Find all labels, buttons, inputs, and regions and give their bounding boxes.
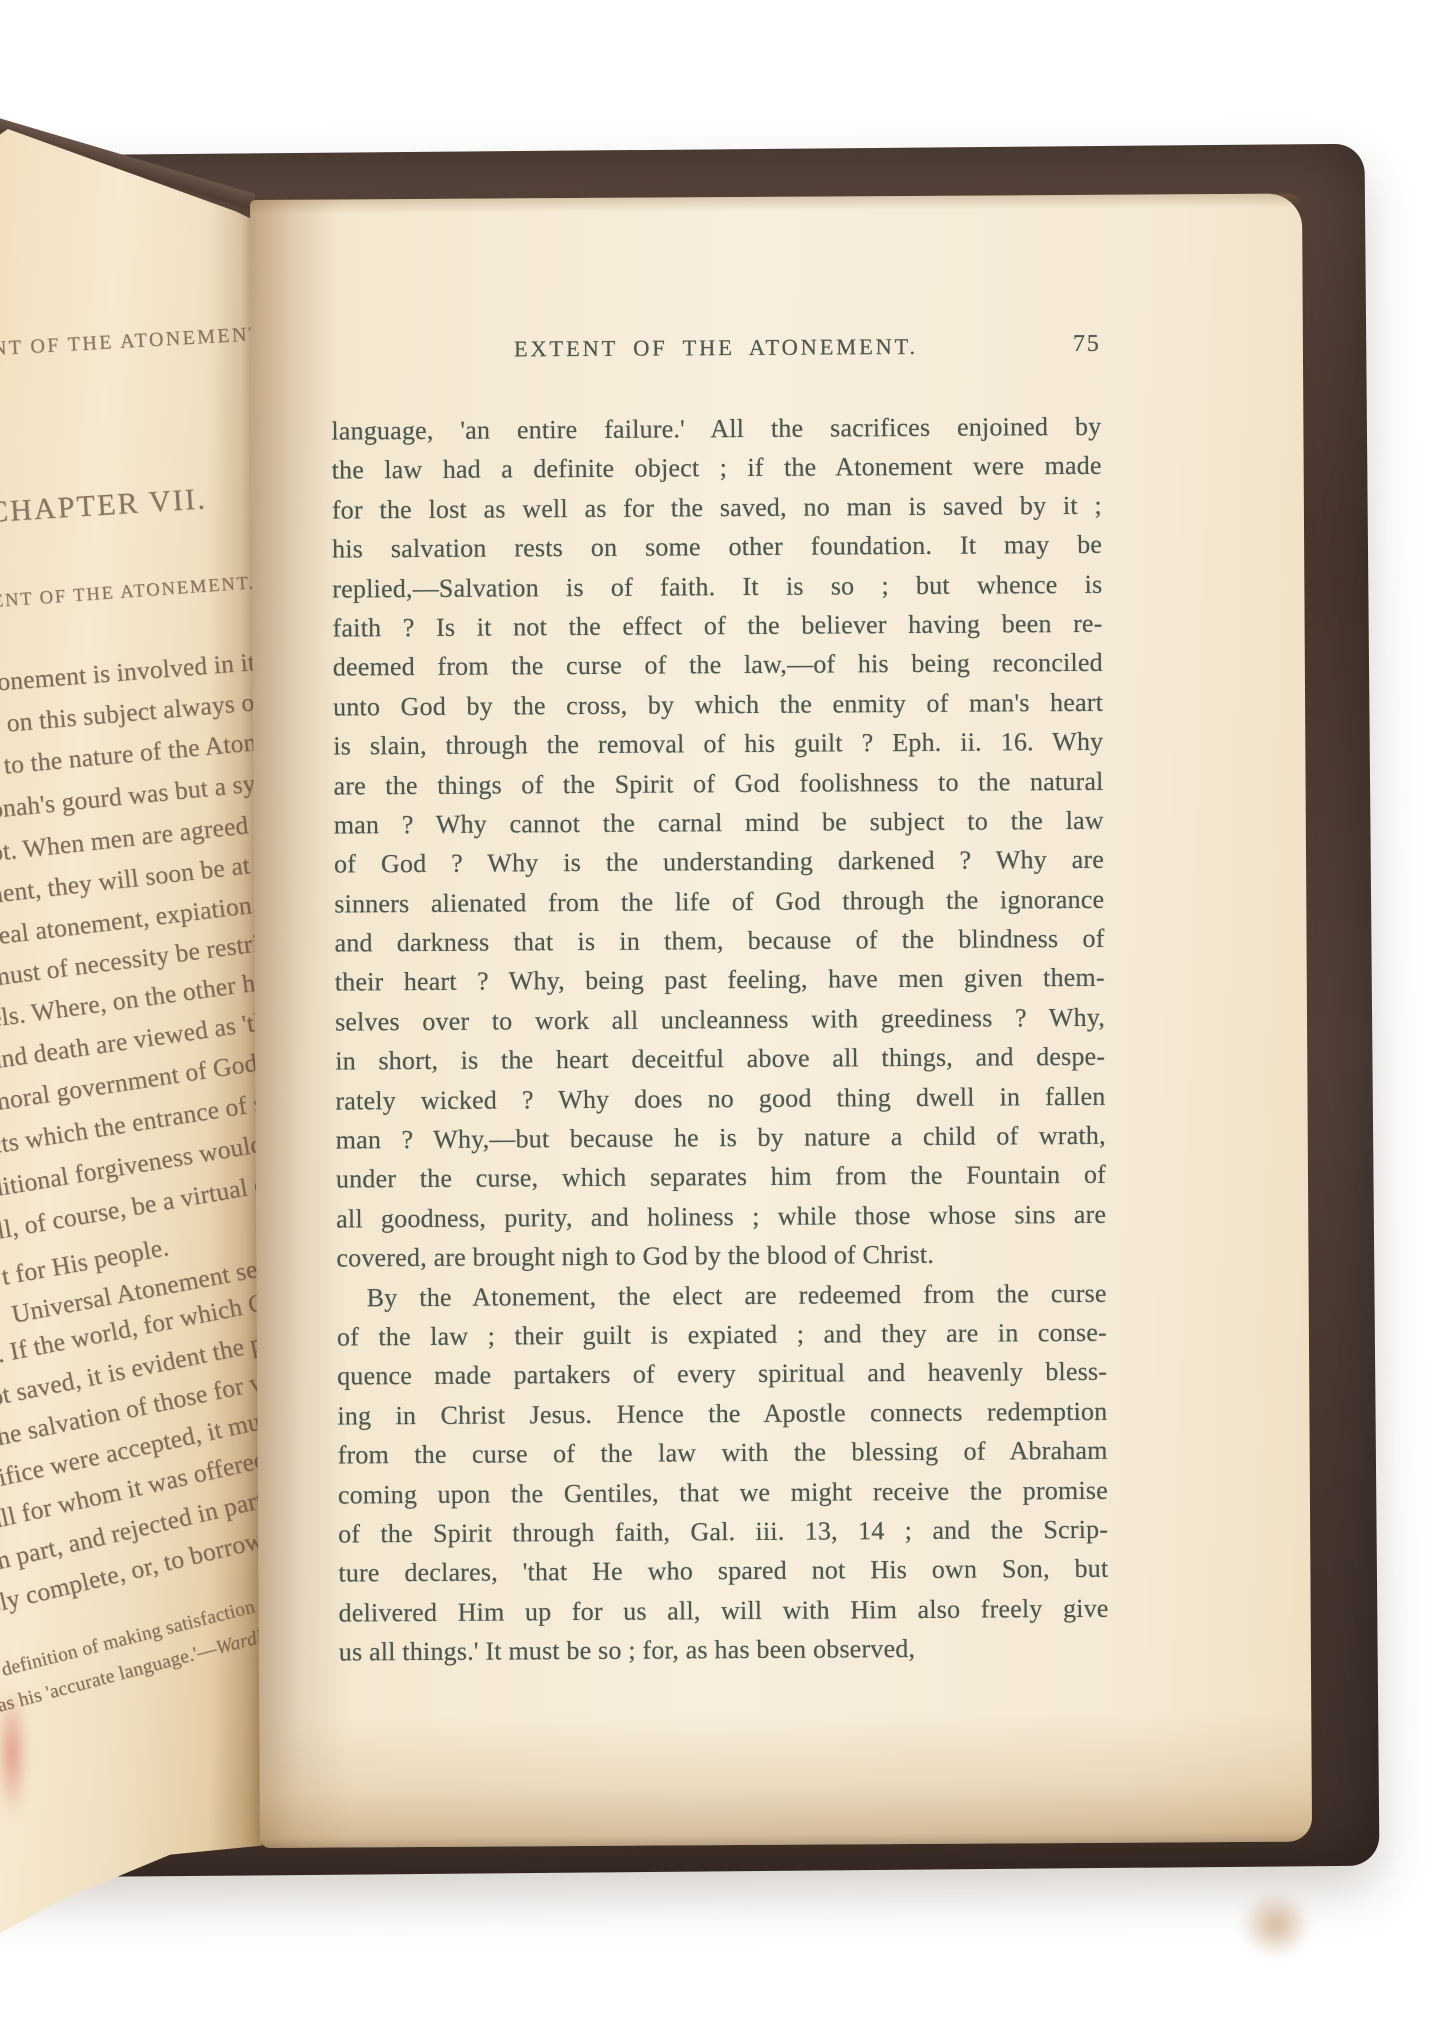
body-text-line: man ? Why,—but because he is by nature a… [336, 1116, 1106, 1160]
body-text-line: the law had a definite object ; if the A… [332, 446, 1102, 490]
body-text-line: for the lost as well as for the saved, n… [332, 486, 1102, 530]
body-text-line: of God ? Why is the understanding darken… [334, 840, 1104, 884]
running-head: EXTENT OF THE ATONEMENT. [331, 333, 1101, 364]
body-text-line: is slain, through the removal of his gui… [333, 722, 1103, 766]
body-text-line: and darkness that is in them, because of… [334, 919, 1104, 963]
page-bottom-edge [259, 1712, 1312, 1848]
body-text-line: under the curse, which separates him fro… [336, 1155, 1106, 1199]
body-text-line: By the Atonement, the elect are redeemed… [337, 1273, 1107, 1317]
body-text-line: rately wicked ? Why does no good thing d… [335, 1076, 1105, 1120]
body-text-line: are the things of the Spirit of God fool… [333, 761, 1103, 805]
cover-wear-patch [1228, 1879, 1324, 1970]
body-text-line: us all things.' It must be so ; for, as … [339, 1628, 1109, 1672]
body-text-line: replied,—Salvation is of faith. It is so… [332, 564, 1102, 608]
body-text-line: of the law ; their guilt is expiated ; a… [337, 1313, 1107, 1357]
body-text-line: ing in Christ Jesus. Hence the Apostle c… [337, 1392, 1107, 1436]
left-page: NT OF THE ATONEMENT.CHAPTER VII.ENT OF T… [0, 118, 262, 1948]
body-text-block: language, 'an entire failure.' All the s… [331, 407, 1109, 1672]
chapter-heading: CHAPTER VII. [0, 482, 208, 530]
body-text-line: covered, are brought nigh to God by the … [336, 1234, 1106, 1278]
body-text-line: language, 'an entire failure.' All the s… [331, 407, 1101, 451]
page-header-row: EXTENT OF THE ATONEMENT. 75 [331, 333, 1101, 364]
body-text-line: faith ? Is it not the effect of the beli… [332, 604, 1102, 648]
body-text-line: delivered Him up for us all, will with H… [339, 1589, 1109, 1633]
body-text-line: ture declares, 'that He who spared not H… [338, 1549, 1108, 1593]
page-number: 75 [1073, 331, 1101, 358]
body-text-line: man ? Why cannot the carnal mind be subj… [334, 801, 1104, 845]
body-text-line: of the Spirit through faith, Gal. iii. 1… [338, 1510, 1108, 1554]
body-text-line: quence made partakers of every spiritual… [337, 1352, 1107, 1396]
body-text-line: sinners alienated from the life of God t… [334, 879, 1104, 923]
body-text-line: all goodness, purity, and holiness ; whi… [336, 1195, 1106, 1239]
body-text-line: in short, is the heart deceitful above a… [335, 1037, 1105, 1081]
red-stain [0, 1660, 32, 1845]
body-text-line: selves over to work all uncleanness with… [335, 998, 1105, 1042]
body-text-line: unto God by the cross, by which the enmi… [333, 683, 1103, 727]
body-text-line: coming upon the Gentiles, that we might … [338, 1470, 1108, 1514]
body-text-line: his salvation rests on some other founda… [332, 525, 1102, 569]
body-text-line: from the curse of the law with the bless… [338, 1431, 1108, 1475]
body-text-line: their heart ? Why, being past feeling, h… [335, 958, 1105, 1002]
book-photo: NT OF THE ATONEMENT.CHAPTER VII.ENT OF T… [0, 0, 1445, 2023]
body-text-line: deemed from the curse of the law,—of his… [333, 643, 1103, 687]
right-page: EXTENT OF THE ATONEMENT. 75 language, 'a… [250, 194, 1312, 1848]
